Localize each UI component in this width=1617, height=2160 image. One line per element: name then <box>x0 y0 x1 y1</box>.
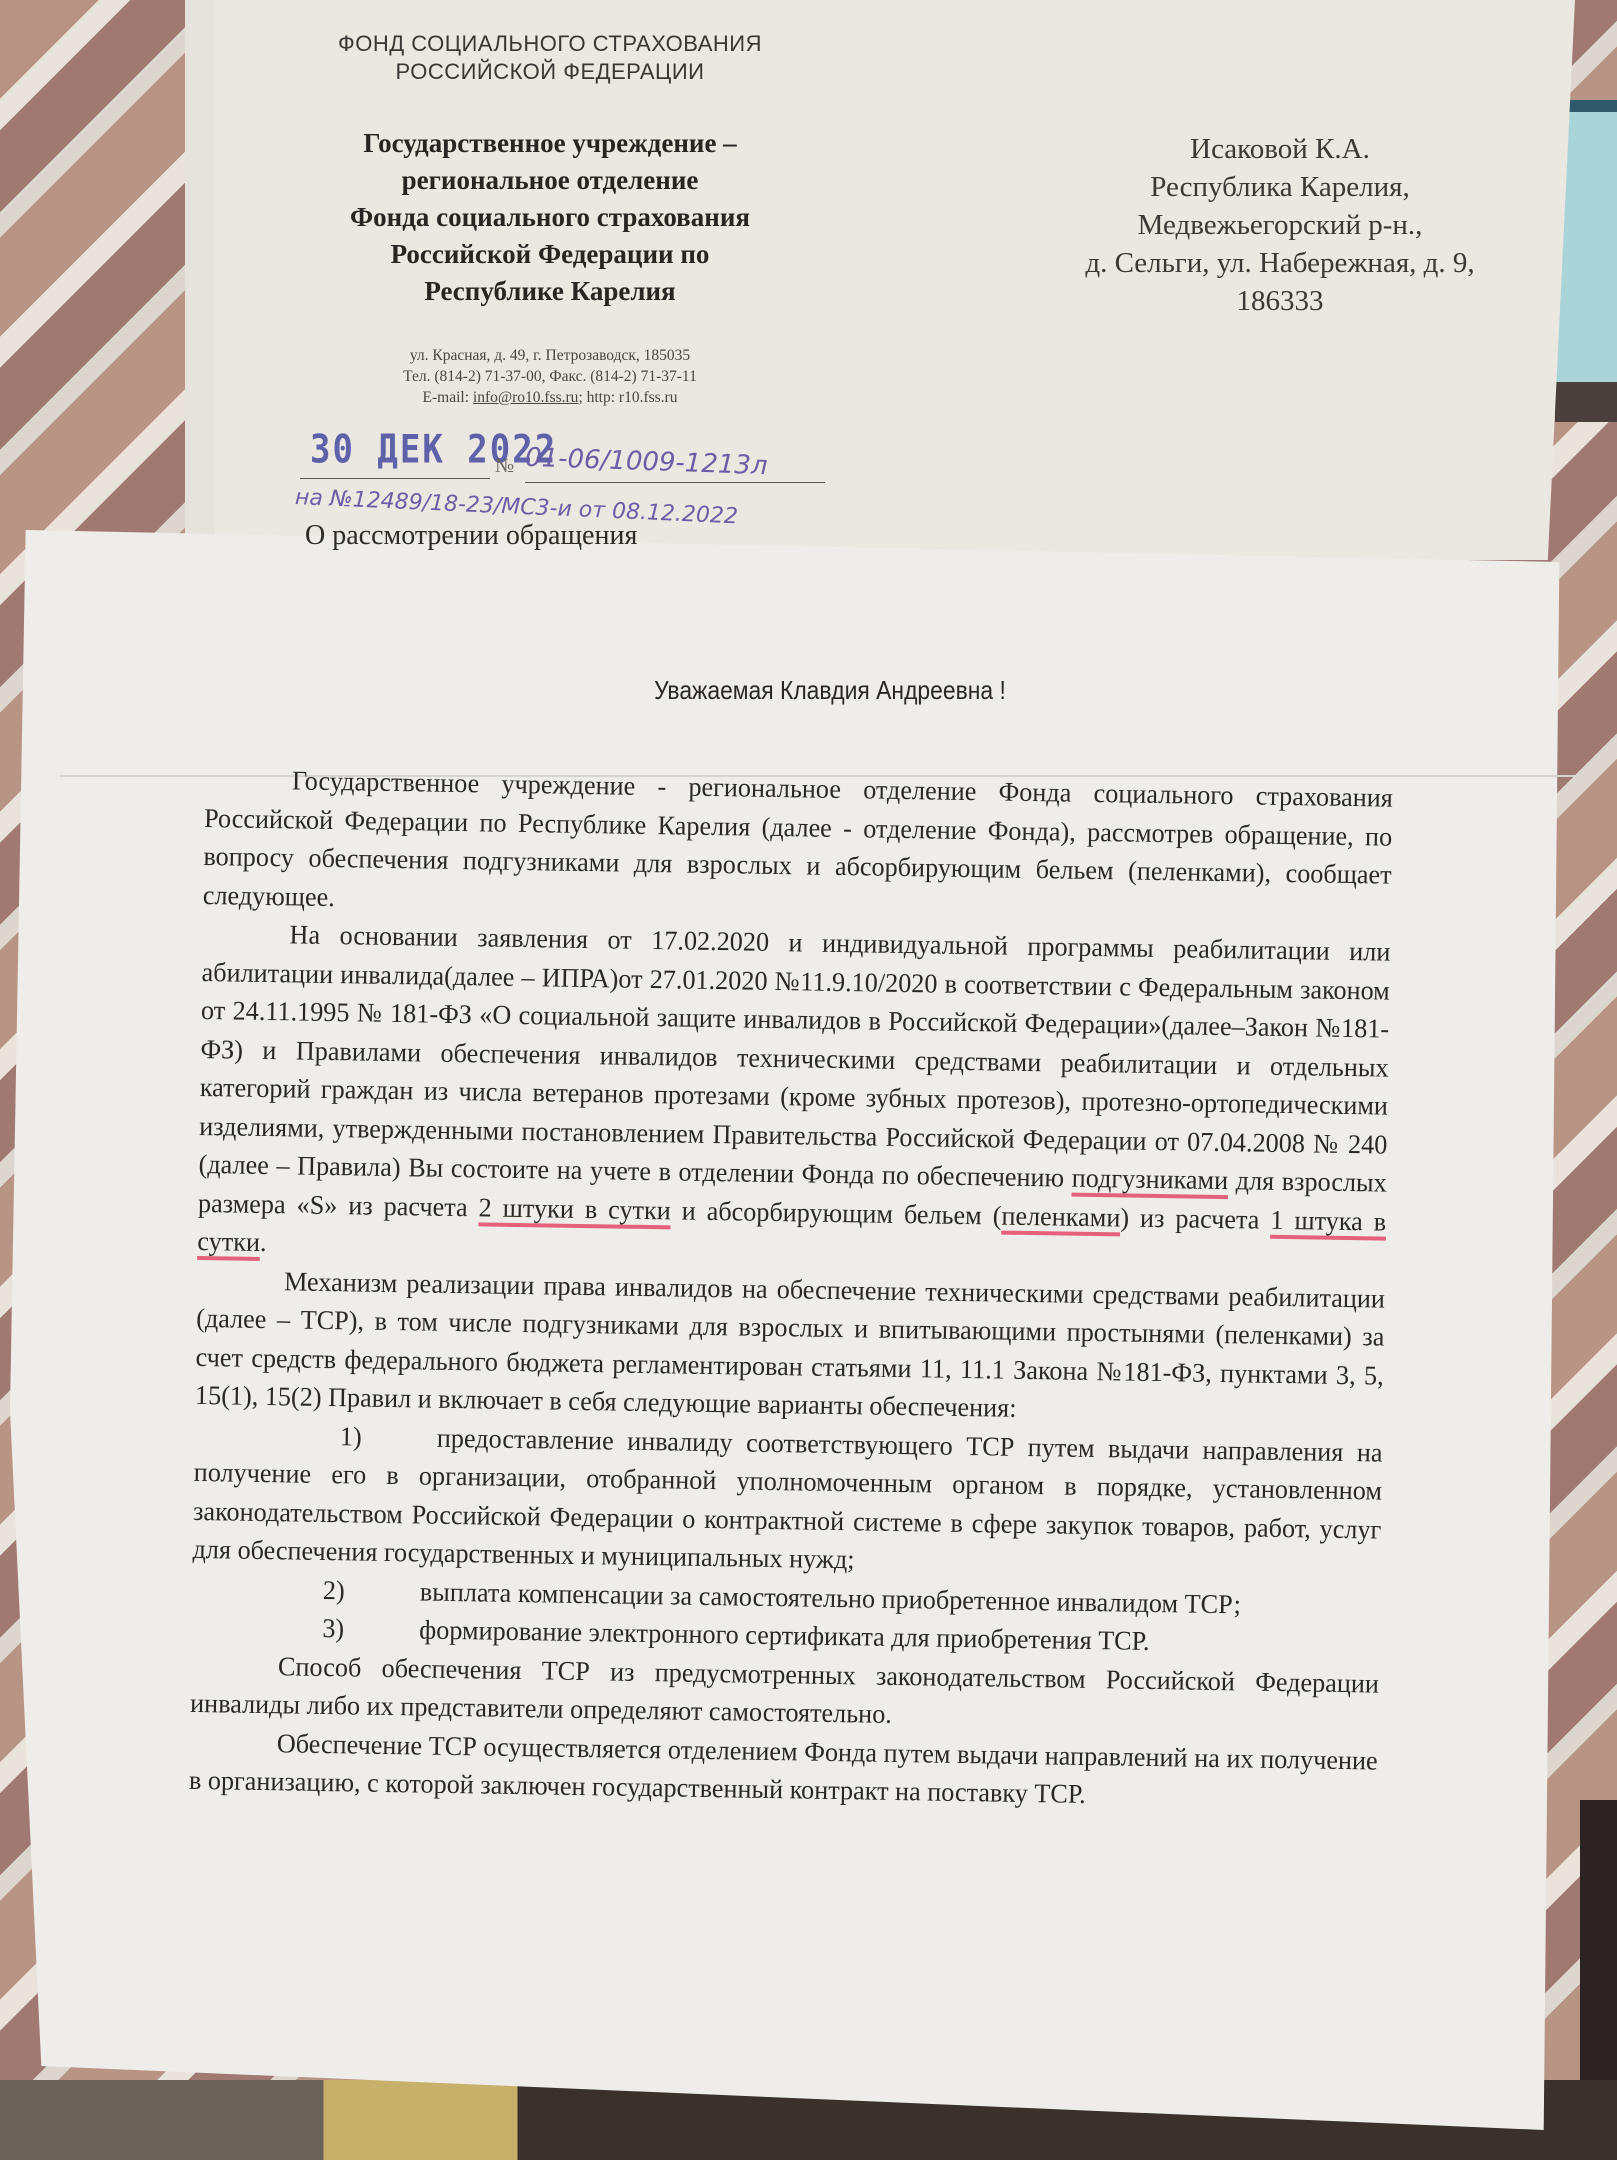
org-name-line: Республике Карелия <box>300 273 800 310</box>
list-number: 2) <box>323 1570 421 1610</box>
org-name-line: региональное отделение <box>300 162 800 199</box>
recipient-block: Исаковой К.А. Республика Карелия, Медвеж… <box>1000 130 1560 320</box>
paragraph-basis: На основании заявления от 17.02.2020 и и… <box>197 914 1391 1279</box>
recipient-name: Исаковой К.А. <box>1000 130 1560 168</box>
recipient-postcode: 186333 <box>1000 282 1560 320</box>
email-link[interactable]: info@ro10.fss.ru <box>473 389 579 406</box>
website-link[interactable]: r10.fss.ru <box>619 389 678 406</box>
organization-contacts: ул. Красная, д. 49, г. Петрозаводск, 185… <box>320 345 780 408</box>
text-span: и абсорбирующим бельем ( <box>671 1195 1002 1230</box>
highlight-diapers: подгузниками <box>1071 1163 1228 1195</box>
list-item-1: 1)предоставление инвалиду соответствующе… <box>192 1414 1383 1587</box>
org-phone-fax: Тел. (814-2) 71-37-00, Факс. (814-2) 71-… <box>320 366 780 387</box>
letter-subject: О рассмотрении обращения <box>305 520 637 552</box>
website-label: ; http: <box>578 389 615 406</box>
org-address: ул. Красная, д. 49, г. Петрозаводск, 185… <box>320 345 780 366</box>
date-stamp: 30 ДЕК 2022 <box>310 427 557 473</box>
list-text: формирование электронного сертификата дл… <box>419 1614 1150 1655</box>
date-underline <box>300 478 490 479</box>
org-web: E-mail: info@ro10.fss.ru; http: r10.fss.… <box>320 387 780 408</box>
recipient-region: Республика Карелия, <box>1000 168 1560 206</box>
org-name-line: Фонда социального страхования <box>300 199 800 236</box>
text-span: . <box>260 1227 267 1257</box>
paragraph-intro: Государственное учреждение - регионально… <box>203 760 1394 933</box>
greeting: Уважаемая Клавдия Андреевна ! <box>276 675 1385 706</box>
fund-title-line2: РОССИЙСКОЙ ФЕДЕРАЦИИ <box>250 58 850 86</box>
number-underline <box>525 482 825 483</box>
number-label: № <box>495 455 514 478</box>
org-name-line: Государственное учреждение – <box>300 125 800 162</box>
organization-name: Государственное учреждение – регионально… <box>300 125 800 310</box>
text-span: ) из расчета <box>1120 1202 1270 1234</box>
highlight-diapers-quantity: 2 штуки в сутки <box>478 1192 671 1225</box>
fund-title: ФОНД СОЦИАЛЬНОГО СТРАХОВАНИЯ РОССИЙСКОЙ … <box>250 30 850 86</box>
highlight-underpads: пеленками <box>1001 1200 1120 1232</box>
list-number: 3) <box>322 1609 420 1649</box>
org-name-line: Российской Федерации по <box>300 236 800 273</box>
list-item-text: 1)предоставление инвалиду соответствующе… <box>192 1414 1383 1587</box>
text-span: На основании заявления от 17.02.2020 и и… <box>198 919 1390 1192</box>
fund-title-line1: ФОНД СОЦИАЛЬНОГО СТРАХОВАНИЯ <box>250 30 850 58</box>
email-label: E-mail: <box>423 389 470 406</box>
recipient-street: д. Сельги, ул. Набережная, д. 9, <box>1000 244 1560 282</box>
letter-body: Государственное учреждение - регионально… <box>189 760 1393 1818</box>
paragraph-mechanism: Механизм реализации права инвалидов на о… <box>195 1260 1386 1433</box>
recipient-district: Медвежьегорский р-н., <box>1000 206 1560 244</box>
list-number: 1) <box>340 1417 438 1457</box>
